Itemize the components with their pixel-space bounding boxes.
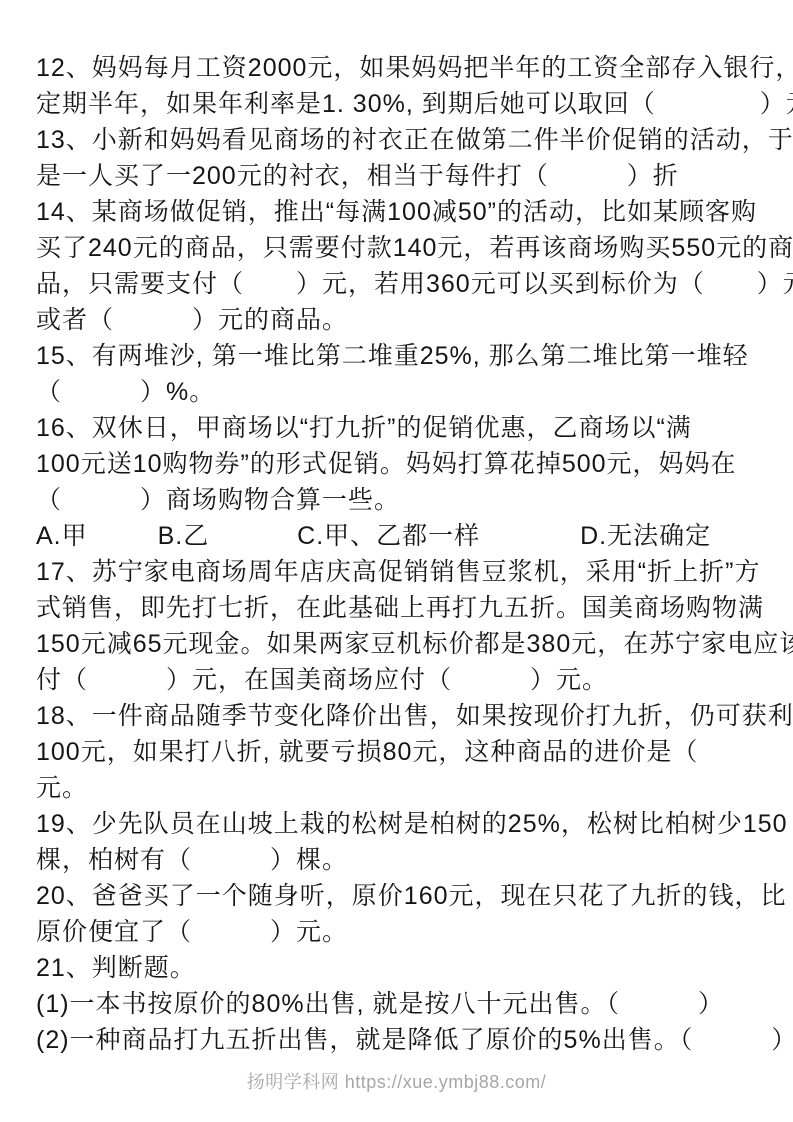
question-21: 21、判断题。 (1)一本书按原价的80%出售, 就是按八十元出售。（ ） (2… (36, 950, 782, 1058)
choice-b: B.乙 (158, 518, 210, 554)
worksheet-page: 12、妈妈每月工资2000元，如果妈妈把半年的工资全部存入银行， 定期半年，如果… (0, 0, 793, 1122)
question-16: 16、双休日，甲商场以“打九折”的促销优惠，乙商场以“满 100元送10购物券”… (36, 410, 782, 554)
choice-a: A.甲 (36, 518, 88, 554)
question-14-line-4: 或者（ ）元的商品。 (36, 302, 782, 338)
question-12-line-1: 12、妈妈每月工资2000元，如果妈妈把半年的工资全部存入银行， (36, 50, 782, 86)
question-14-line-1: 14、某商场做促销，推出“每满100减50”的活动，比如某顾客购 (36, 194, 782, 230)
question-21-title: 21、判断题。 (36, 950, 782, 986)
question-12: 12、妈妈每月工资2000元，如果妈妈把半年的工资全部存入银行， 定期半年，如果… (36, 50, 782, 122)
question-15-line-2: （ ）%。 (36, 374, 782, 410)
question-18-line-3: 元。 (36, 770, 782, 806)
question-18-line-1: 18、一件商品随季节变化降价出售，如果按现价打九折，仍可获利 (36, 698, 782, 734)
question-17: 17、苏宁家电商场周年店庆高促销销售豆浆机，采用“折上折”方 式销售，即先打七折… (36, 554, 782, 698)
choice-c: C.甲、乙都一样 (297, 518, 480, 554)
question-15-line-1: 15、有两堆沙, 第一堆比第二堆重25%, 那么第二堆比第一堆轻 (36, 338, 782, 374)
question-19-line-2: 棵，柏树有（ ）棵。 (36, 842, 782, 878)
question-16-line-3: （ ）商场购物合算一些。 (36, 482, 782, 518)
question-16-line-2: 100元送10购物券”的形式促销。妈妈打算花掉500元，妈妈在 (36, 446, 782, 482)
question-15: 15、有两堆沙, 第一堆比第二堆重25%, 那么第二堆比第一堆轻 （ ）%。 (36, 338, 782, 410)
question-13: 13、小新和妈妈看见商场的衬衣正在做第二件半价促销的活动，于 是一人买了一200… (36, 122, 782, 194)
worksheet-content: 12、妈妈每月工资2000元，如果妈妈把半年的工资全部存入银行， 定期半年，如果… (36, 50, 782, 1058)
question-21-item-2: (2)一种商品打九五折出售，就是降低了原价的5%出售。（ ） (36, 1022, 782, 1058)
question-18: 18、一件商品随季节变化降价出售，如果按现价打九折，仍可获利 100元，如果打八… (36, 698, 782, 806)
question-16-line-1: 16、双休日，甲商场以“打九折”的促销优惠，乙商场以“满 (36, 410, 782, 446)
choice-d: D.无法确定 (580, 518, 711, 554)
question-17-line-4: 付（ ）元，在国美商场应付（ ）元。 (36, 662, 782, 698)
question-19-line-1: 19、少先队员在山坡上栽的松树是柏树的25%，松树比柏树少150 (36, 806, 782, 842)
question-14-line-3: 品，只需要支付（ ）元，若用360元可以买到标价为（ ）元 (36, 266, 782, 302)
question-21-item-1: (1)一本书按原价的80%出售, 就是按八十元出售。（ ） (36, 986, 782, 1022)
question-17-line-2: 式销售，即先打七折，在此基础上再打九五折。国美商场购物满 (36, 590, 782, 626)
question-14-line-2: 买了240元的商品，只需要付款140元，若再该商场购买550元的商 (36, 230, 782, 266)
question-20: 20、爸爸买了一个随身听，原价160元，现在只花了九折的钱，比 原价便宜了（ ）… (36, 878, 782, 950)
question-14: 14、某商场做促销，推出“每满100减50”的活动，比如某顾客购 买了240元的… (36, 194, 782, 338)
question-16-choices: A.甲 B.乙 C.甲、乙都一样 D.无法确定 (36, 518, 782, 554)
question-17-line-3: 150元减65元现金。如果两家豆机标价都是380元，在苏宁家电应该 (36, 626, 782, 662)
watermark-text: 扬明学科网 https://xue.ymbj88.com/ (247, 1072, 547, 1092)
question-12-line-2: 定期半年，如果年利率是1. 30%, 到期后她可以取回（ ）元。 (36, 86, 782, 122)
question-13-line-1: 13、小新和妈妈看见商场的衬衣正在做第二件半价促销的活动，于 (36, 122, 782, 158)
question-20-line-2: 原价便宜了（ ）元。 (36, 914, 782, 950)
question-19: 19、少先队员在山坡上栽的松树是柏树的25%，松树比柏树少150 棵，柏树有（ … (36, 806, 782, 878)
question-13-line-2: 是一人买了一200元的衬衣，相当于每件打（ ）折 (36, 158, 782, 194)
question-18-line-2: 100元，如果打八折, 就要亏损80元，这种商品的进价是（ ） (36, 734, 782, 770)
question-20-line-1: 20、爸爸买了一个随身听，原价160元，现在只花了九折的钱，比 (36, 878, 782, 914)
question-17-line-1: 17、苏宁家电商场周年店庆高促销销售豆浆机，采用“折上折”方 (36, 554, 782, 590)
watermark: 扬明学科网 https://xue.ymbj88.com/ (0, 1068, 793, 1094)
